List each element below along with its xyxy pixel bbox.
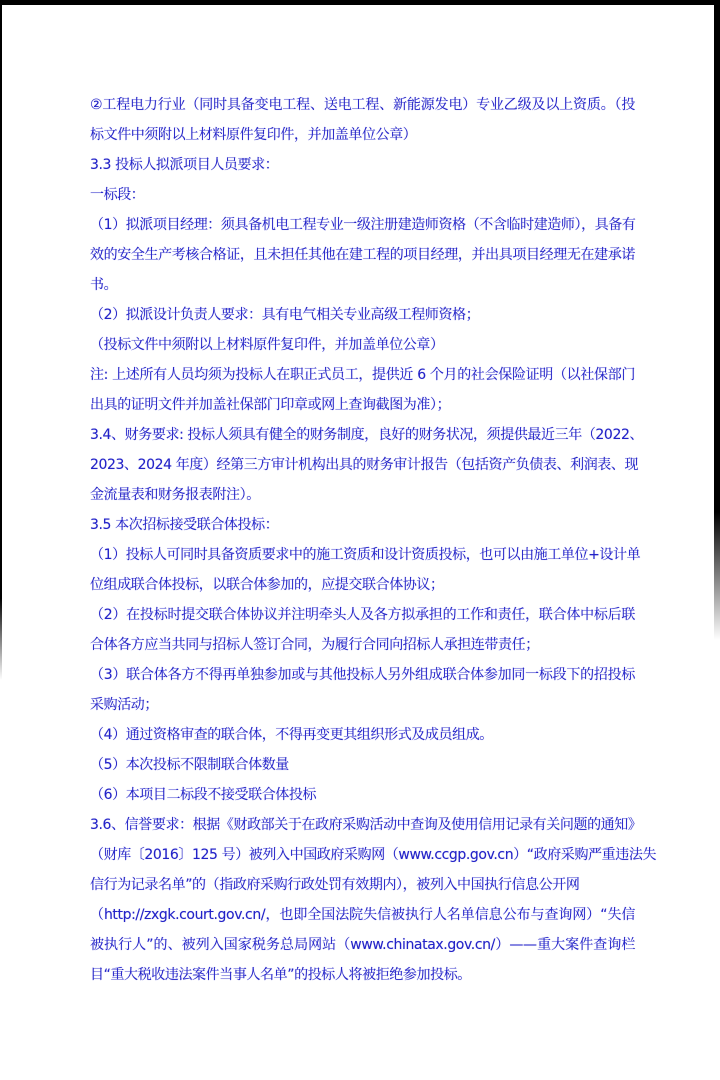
document-text-block: ②工程电力行业（同时具备变电工程、送电工程、新能源发电）专业乙级及以上资质。（投…: [90, 90, 635, 990]
text-line: 出具的证明文件并加盖社保部门印章或网上查询截图为准）；: [90, 390, 450, 420]
text-line: （1）投标人可同时具备资质要求中的施工资质和设计资质投标，也可以由施工单位+设计…: [90, 540, 635, 570]
text-line: 3.6、信誉要求：根据《财政部关于在政府采购活动中查询及使用信用记录有关问题的通…: [90, 810, 635, 840]
text-line: 合体各方应当共同与招标人签订合同，为履行合同向招标人承担连带责任；: [90, 630, 539, 660]
text-line: 标文件中须附以上材料原件复印件，并加盖单位公章）: [90, 120, 416, 150]
text-line: （5）本次投标不限制联合体数量: [90, 750, 289, 780]
scan-border-left: [0, 0, 2, 680]
text-line: （2）在投标时提交联合体协议并注明牵头人及各方拟承担的工作和责任，联合体中标后联: [90, 600, 635, 630]
text-line: 被执行人”的、被列入国家税务总局网站（www.chinatax.gov.cn/）…: [90, 930, 635, 960]
text-line: （http://zxgk.court.gov.cn/，也即全国法院失信被执行人名…: [90, 900, 635, 930]
document-page: ②工程电力行业（同时具备变电工程、送电工程、新能源发电）专业乙级及以上资质。（投…: [0, 0, 720, 1080]
text-line: （财库〔2016〕125 号）被列入中国政府采购网（www.ccgp.gov.c…: [90, 840, 635, 870]
text-line: 3.4、财务要求: 投标人须具有健全的财务制度，良好的财务状况，须提供最近三年（…: [90, 420, 635, 450]
text-line: 信行为记录名单”的（指政府采购行政处罚有效期内），被列入中国执行信息公开网: [90, 870, 579, 900]
text-line: 一标段：: [90, 180, 144, 210]
text-line: 位组成联合体投标，以联合体参加的，应提交联合体协议；: [90, 570, 444, 600]
text-line: 效的安全生产考核合格证，且未担任其他在建工程的项目经理，并出具项目经理无在建承诺: [90, 240, 635, 270]
text-line: 采购活动；: [90, 690, 158, 720]
text-line: 书。: [90, 270, 117, 300]
text-line: （4）通过资格审查的联合体，不得再变更其组织形式及成员组成。: [90, 720, 493, 750]
text-line: 3.5 本次招标接受联合体投标：: [90, 510, 278, 540]
text-line: （2）拟派设计负责人要求：具有电气相关专业高级工程师资格；: [90, 300, 479, 330]
text-line: （1）拟派项目经理：须具备机电工程专业一级注册建造师资格（不含临时建造师），具备…: [90, 210, 635, 240]
text-line: （6）本项目二标段不接受联合体投标: [90, 780, 316, 810]
text-line: 金流量表和财务报表附注）。: [90, 480, 260, 510]
text-line: 目“重大税收违法案件当事人名单”的投标人将被拒绝参加投标。: [90, 960, 471, 990]
scan-border-top: [0, 0, 720, 5]
text-line: 3.3 投标人拟派项目人员要求：: [90, 150, 278, 180]
text-line: 2023、2024 年度）经第三方审计机构出具的财务审计报告（包括资产负债表、利…: [90, 450, 635, 480]
text-line: ②工程电力行业（同时具备变电工程、送电工程、新能源发电）专业乙级及以上资质。（投: [90, 90, 635, 120]
text-line: （投标文件中须附以上材料原件复印件，并加盖单位公章）: [90, 330, 444, 360]
scan-border-right: [714, 0, 720, 640]
text-line: （3）联合体各方不得再单独参加或与其他投标人另外组成联合体参加同一标段下的招投标: [90, 660, 635, 690]
text-line: 注: 上述所有人员均须为投标人在职正式员工，提供近 6 个月的社会保险证明（以社…: [90, 360, 635, 390]
